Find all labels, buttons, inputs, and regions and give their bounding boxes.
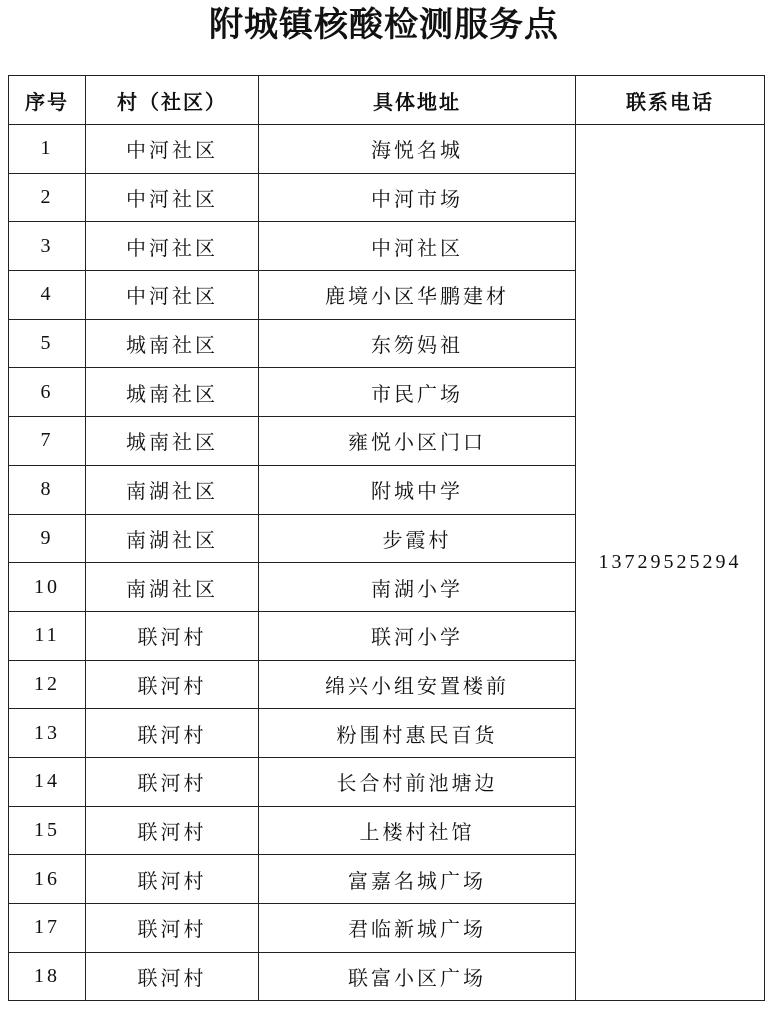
row-number: 18	[9, 952, 86, 1001]
row-address: 联富小区广场	[259, 952, 576, 1001]
row-address: 鹿境小区华鹏建材	[259, 271, 576, 320]
row-village: 城南社区	[86, 319, 259, 368]
row-address: 雍悦小区门口	[259, 417, 576, 466]
row-village: 南湖社区	[86, 563, 259, 612]
row-address: 海悦名城	[259, 125, 576, 174]
row-number: 1	[9, 125, 86, 174]
row-village: 城南社区	[86, 368, 259, 417]
row-address: 绵兴小组安置楼前	[259, 660, 576, 709]
row-number: 13	[9, 709, 86, 758]
row-village: 南湖社区	[86, 514, 259, 563]
row-address: 步霞村	[259, 514, 576, 563]
row-number: 3	[9, 222, 86, 271]
row-village: 联河村	[86, 806, 259, 855]
header-no: 序号	[9, 76, 86, 125]
row-village: 联河村	[86, 952, 259, 1001]
row-number: 10	[9, 563, 86, 612]
row-address: 长合村前池塘边	[259, 757, 576, 806]
row-number: 16	[9, 855, 86, 904]
row-address: 附城中学	[259, 465, 576, 514]
header-village: 村（社区）	[86, 76, 259, 125]
contact-phone: 13729525294	[576, 125, 765, 1001]
page-title: 附城镇核酸检测服务点	[0, 2, 768, 48]
row-number: 17	[9, 904, 86, 953]
row-address: 富嘉名城广场	[259, 855, 576, 904]
row-number: 4	[9, 271, 86, 320]
row-address: 南湖小学	[259, 563, 576, 612]
row-number: 11	[9, 611, 86, 660]
row-address: 市民广场	[259, 368, 576, 417]
row-address: 中河市场	[259, 173, 576, 222]
row-number: 6	[9, 368, 86, 417]
row-village: 中河社区	[86, 125, 259, 174]
row-number: 14	[9, 757, 86, 806]
row-address: 中河社区	[259, 222, 576, 271]
row-number: 7	[9, 417, 86, 466]
row-number: 9	[9, 514, 86, 563]
row-village: 城南社区	[86, 417, 259, 466]
row-village: 联河村	[86, 709, 259, 758]
row-number: 15	[9, 806, 86, 855]
row-village: 联河村	[86, 855, 259, 904]
row-village: 联河村	[86, 904, 259, 953]
header-phone: 联系电话	[576, 76, 765, 125]
row-village: 联河村	[86, 757, 259, 806]
table-row: 1 中河社区 海悦名城 13729525294	[9, 125, 765, 174]
row-address: 粉围村惠民百货	[259, 709, 576, 758]
row-village: 南湖社区	[86, 465, 259, 514]
row-address: 东笏妈祖	[259, 319, 576, 368]
row-village: 中河社区	[86, 173, 259, 222]
row-number: 12	[9, 660, 86, 709]
row-village: 中河社区	[86, 222, 259, 271]
row-village: 中河社区	[86, 271, 259, 320]
row-address: 联河小学	[259, 611, 576, 660]
row-number: 2	[9, 173, 86, 222]
header-address: 具体地址	[259, 76, 576, 125]
table-header-row: 序号 村（社区） 具体地址 联系电话	[9, 76, 765, 125]
row-village: 联河村	[86, 611, 259, 660]
row-village: 联河村	[86, 660, 259, 709]
row-address: 上楼村社馆	[259, 806, 576, 855]
row-number: 8	[9, 465, 86, 514]
row-number: 5	[9, 319, 86, 368]
service-points-table: 序号 村（社区） 具体地址 联系电话 1 中河社区 海悦名城 137295252…	[8, 75, 765, 1001]
row-address: 君临新城广场	[259, 904, 576, 953]
